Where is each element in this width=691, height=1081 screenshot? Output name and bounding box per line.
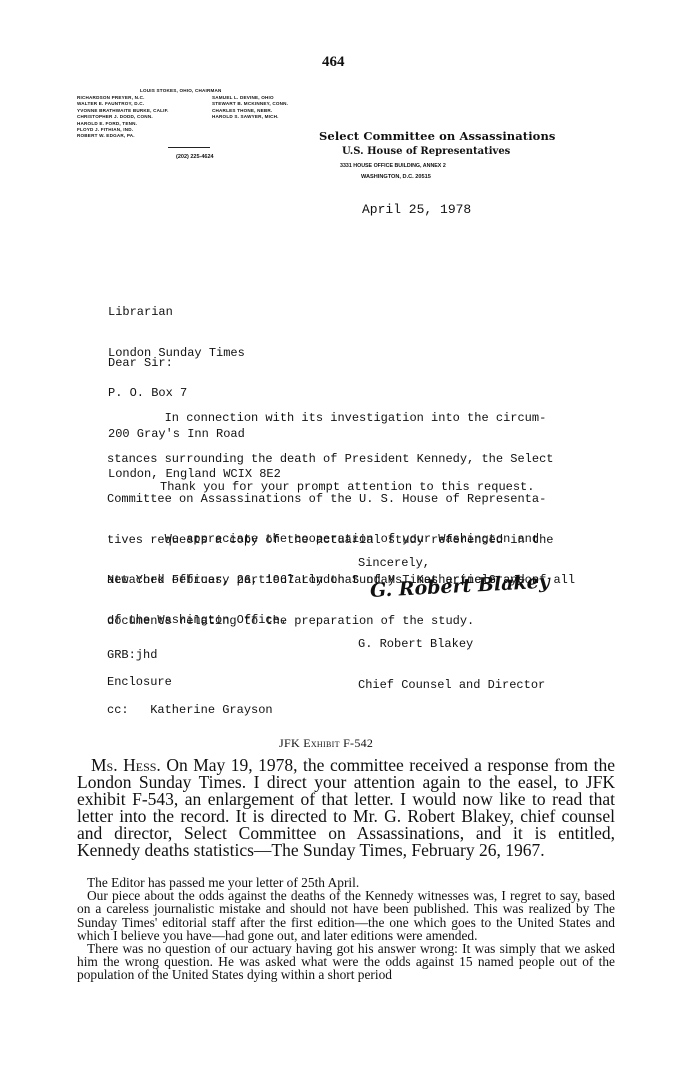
paragraph-line: Committee on Assassinations of the U. S.… <box>107 493 607 507</box>
cc-line: cc: Katherine Grayson <box>107 704 273 718</box>
signer-block: G. Robert Blakey Chief Counsel and Direc… <box>358 611 545 706</box>
member-name: Harold S. Sawyer, Mich. <box>212 114 288 120</box>
paragraph-line: We appreciate the cooperation of your Wa… <box>107 533 539 547</box>
house-name: U.S. House of Representatives <box>342 146 510 157</box>
salutation: Dear Sir: <box>108 357 173 371</box>
letter-paragraph-2: Thank you for your prompt attention to t… <box>160 481 534 495</box>
quoted-paragraph: There was no question of our actuary hav… <box>77 942 615 982</box>
committee-members-left: Richardson Preyer, N.C. Walter E. Fauntr… <box>77 95 169 140</box>
paragraph-line: In connection with its investigation int… <box>107 412 607 426</box>
page-number: 464 <box>322 54 345 71</box>
quoted-letter: The Editor has passed me your letter of … <box>77 876 615 982</box>
committee-members-right: Samuel L. Devine, Ohio Stewart B. McKinn… <box>212 95 288 121</box>
testimony-paragraph: Ms. Hess. On May 19, 1978, the committee… <box>77 757 615 859</box>
divider <box>168 147 210 148</box>
exhibit-label: Exhibit <box>303 736 340 750</box>
committee-name: Select Committee on Assassinations <box>319 129 556 143</box>
exhibit-caption: JFK Exhibit F-542 <box>279 736 373 751</box>
signer-title: Chief Counsel and Director <box>358 679 545 693</box>
recipient-line: Librarian <box>108 306 281 320</box>
exhibit-prefix: JFK <box>279 736 303 750</box>
address-line-2: Washington, D.C. 20515 <box>361 174 431 180</box>
committee-chairman: Louis Stokes, Ohio, Chairman <box>140 88 222 94</box>
quoted-paragraph: Our piece about the odds against the dea… <box>77 889 615 942</box>
enclosure-note: Enclosure <box>107 676 172 690</box>
signer-name: G. Robert Blakey <box>358 638 545 652</box>
closing: Sincerely, <box>358 557 430 571</box>
typist-initials: GRB:jhd <box>107 649 157 663</box>
phone-number: (202) 225-4624 <box>176 154 214 160</box>
member-name: Robert W. Edgar, Pa. <box>77 133 169 139</box>
exhibit-number: F-542 <box>340 736 373 750</box>
member-name: Stewart B. McKinney, Conn. <box>212 101 288 107</box>
letter-date: April 25, 1978 <box>362 203 471 217</box>
paragraph-line: stances surrounding the death of Preside… <box>107 453 607 467</box>
address-line-1: 3331 House Office Building, Annex 2 <box>340 163 446 169</box>
